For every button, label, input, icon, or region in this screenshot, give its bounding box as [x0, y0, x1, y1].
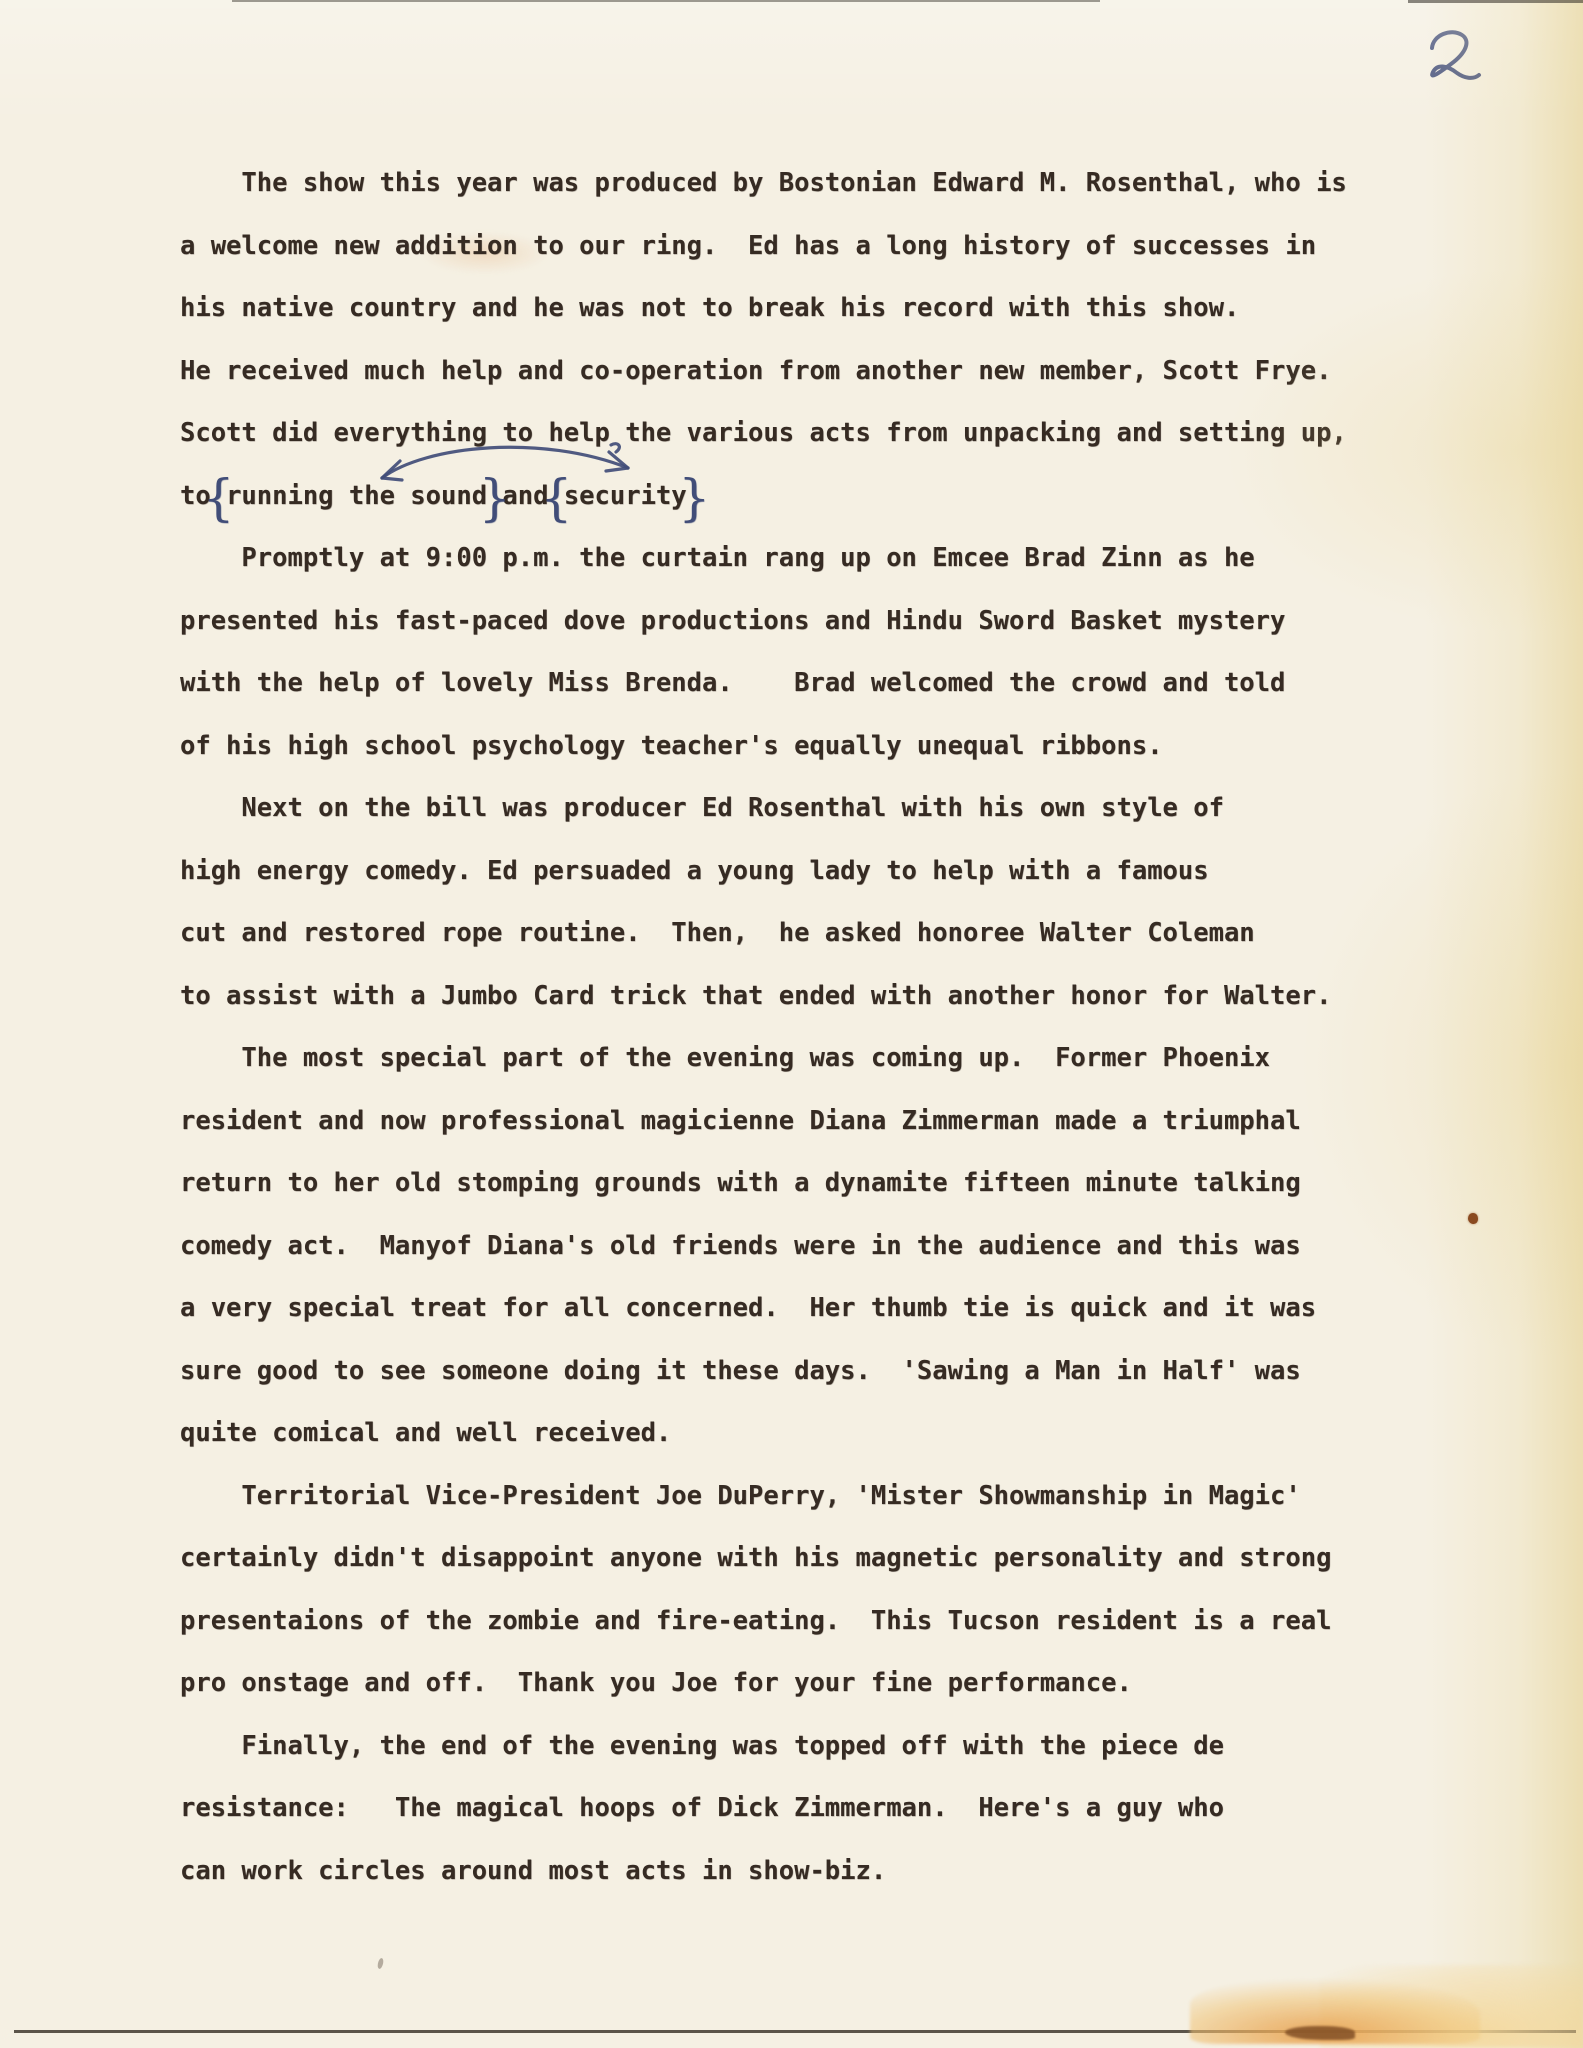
handwritten-page-number	[1416, 24, 1488, 90]
typed-line: cut and restored rope routine. Then, he …	[180, 902, 1347, 965]
typed-line: can work circles around most acts in sho…	[180, 1840, 1347, 1903]
typed-line: Finally, the end of the evening was topp…	[180, 1715, 1347, 1778]
typed-line: The most special part of the evening was…	[180, 1027, 1347, 1090]
typed-line: He received much help and co-operation f…	[180, 340, 1347, 403]
scanned-document-page: The show this year was produced by Bosto…	[0, 0, 1583, 2048]
typed-line: The show this year was produced by Bosto…	[180, 152, 1347, 215]
typed-text: The show this year was produced by Bosto…	[180, 152, 1347, 1902]
typed-line: high energy comedy. Ed persuaded a young…	[180, 840, 1347, 903]
scan-edge-top	[1408, 0, 1583, 3]
typed-line: his native country and he was not to bre…	[180, 277, 1347, 340]
scan-edge-top	[232, 0, 1100, 2]
typed-line: return to her old stomping grounds with …	[180, 1152, 1347, 1215]
typed-line: a very special treat for all concerned. …	[180, 1277, 1347, 1340]
typed-line: pro onstage and off. Thank you Joe for y…	[180, 1652, 1347, 1715]
typed-line: sure good to see someone doing it these …	[180, 1340, 1347, 1403]
typed-line: presented his fast-paced dove production…	[180, 590, 1347, 653]
typed-line: comedy act. Manyof Diana's old friends w…	[180, 1215, 1347, 1278]
handwritten-transposition-arrow	[352, 428, 652, 506]
handwritten-brace: {	[211, 465, 226, 528]
typed-line: with the help of lovely Miss Brenda. Bra…	[180, 652, 1347, 715]
typed-line: Next on the bill was producer Ed Rosenth…	[180, 777, 1347, 840]
typed-line: Territorial Vice-President Joe DuPerry, …	[180, 1465, 1347, 1528]
typed-line: a welcome new addition to our ring. Ed h…	[180, 215, 1347, 278]
typed-line: resident and now professional magicienne…	[180, 1090, 1347, 1153]
typed-line: presentaions of the zombie and fire-eati…	[180, 1590, 1347, 1653]
paper-stain	[1468, 1213, 1478, 1224]
paper-stain	[377, 1958, 385, 1970]
typed-line: Promptly at 9:00 p.m. the curtain rang u…	[180, 527, 1347, 590]
typed-line: resistance: The magical hoops of Dick Zi…	[180, 1777, 1347, 1840]
typed-line: of his high school psychology teacher's …	[180, 715, 1347, 778]
typed-line: certainly didn't disappoint anyone with …	[180, 1527, 1347, 1590]
handwritten-brace: }	[687, 465, 702, 528]
typed-line: quite comical and well received.	[180, 1402, 1347, 1465]
typed-line: to assist with a Jumbo Card trick that e…	[180, 965, 1347, 1028]
